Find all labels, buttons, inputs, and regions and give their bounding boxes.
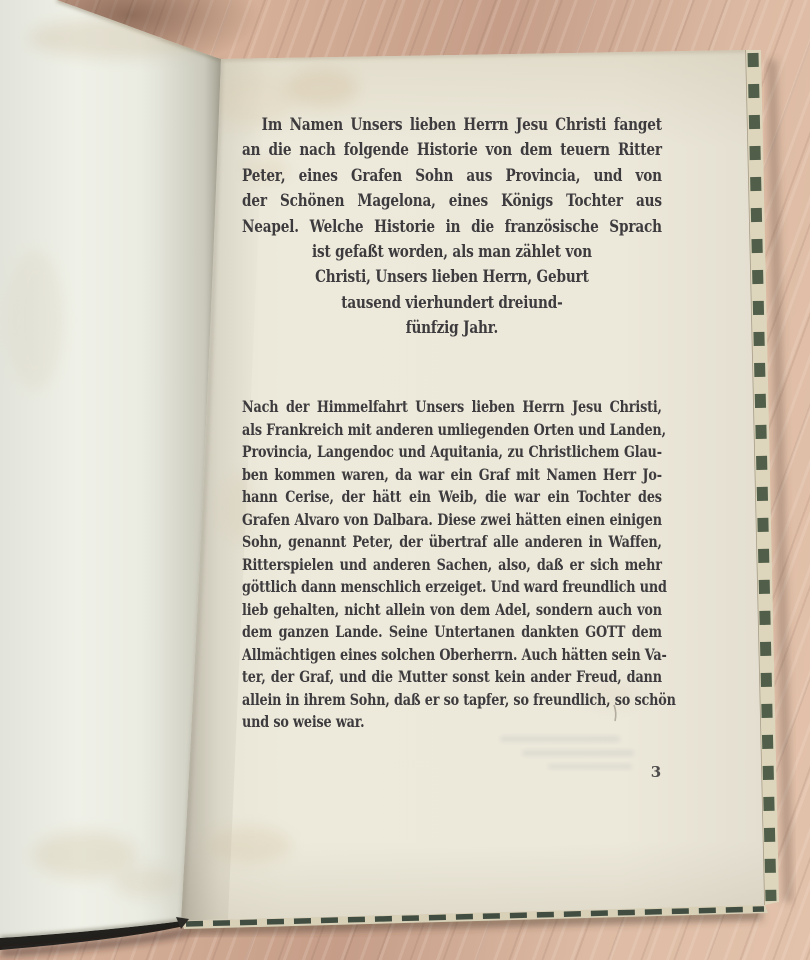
text-line: ter, der Graf, und die Mutter sonst kein…: [242, 666, 662, 689]
text-line: dem ganzen Lande. Seine Untertanen dankt…: [242, 621, 662, 644]
text-line: tausend vierhundert dreiund-: [242, 290, 662, 315]
text-line: Peter, eines Grafen Sohn aus Provincia, …: [242, 163, 662, 188]
text-line: und so weise war.: [242, 711, 662, 734]
text-line: Christi, Unsers lieben Herrn, Geburt: [242, 264, 662, 289]
text-line: ist gefaßt worden, als man zählet von: [242, 239, 662, 264]
text-line: Nach der Himmelfahrt Unsers lieben Herrn…: [242, 396, 662, 419]
text-line: lieb gehalten, nicht allein von dem Adel…: [242, 599, 662, 622]
text-line: ben kommen waren, da war ein Graf mit Na…: [242, 464, 662, 487]
text-line: an die nach folgende Historie von dem te…: [242, 137, 662, 162]
text-line: fünfzig Jahr.: [242, 315, 662, 340]
text-line: allein in ihrem Sohn, daß er so tapfer, …: [242, 689, 662, 712]
text-line: göttlich dann menschlich erzeiget. Und w…: [242, 576, 662, 599]
text-line: Ritterspielen und anderen Sachen, also, …: [242, 554, 662, 577]
text-line: Allmächtigen eines solchen Oberherrn. Au…: [242, 644, 662, 667]
text-line: Provincia, Langendoc und Aquitania, zu C…: [242, 441, 662, 464]
text-line: als Frankreich mit anderen umliegenden O…: [242, 419, 662, 442]
book-photograph: { "book_page": { "page_number": "3", "he…: [0, 0, 810, 960]
text-line: hann Cerise, der hätt ein Weib, die war …: [242, 486, 662, 509]
text-line: Neapel. Welche Historie in die französis…: [242, 214, 662, 239]
text-line: Grafen Alvaro von Dalbara. Diese zwei hä…: [242, 509, 662, 532]
text-line: Im Namen Unsers lieben Herrn Jesu Christ…: [242, 112, 662, 137]
page-number: 3: [640, 763, 672, 781]
text-line: Sohn, genannt Peter, der übertraf alle a…: [242, 531, 662, 554]
heading-paragraph: Im Namen Unsers lieben Herrn Jesu Christ…: [242, 112, 662, 341]
body-paragraph: Nach der Himmelfahrt Unsers lieben Herrn…: [242, 396, 662, 734]
text-line: der Schönen Magelona, eines Königs Tocht…: [242, 188, 662, 213]
